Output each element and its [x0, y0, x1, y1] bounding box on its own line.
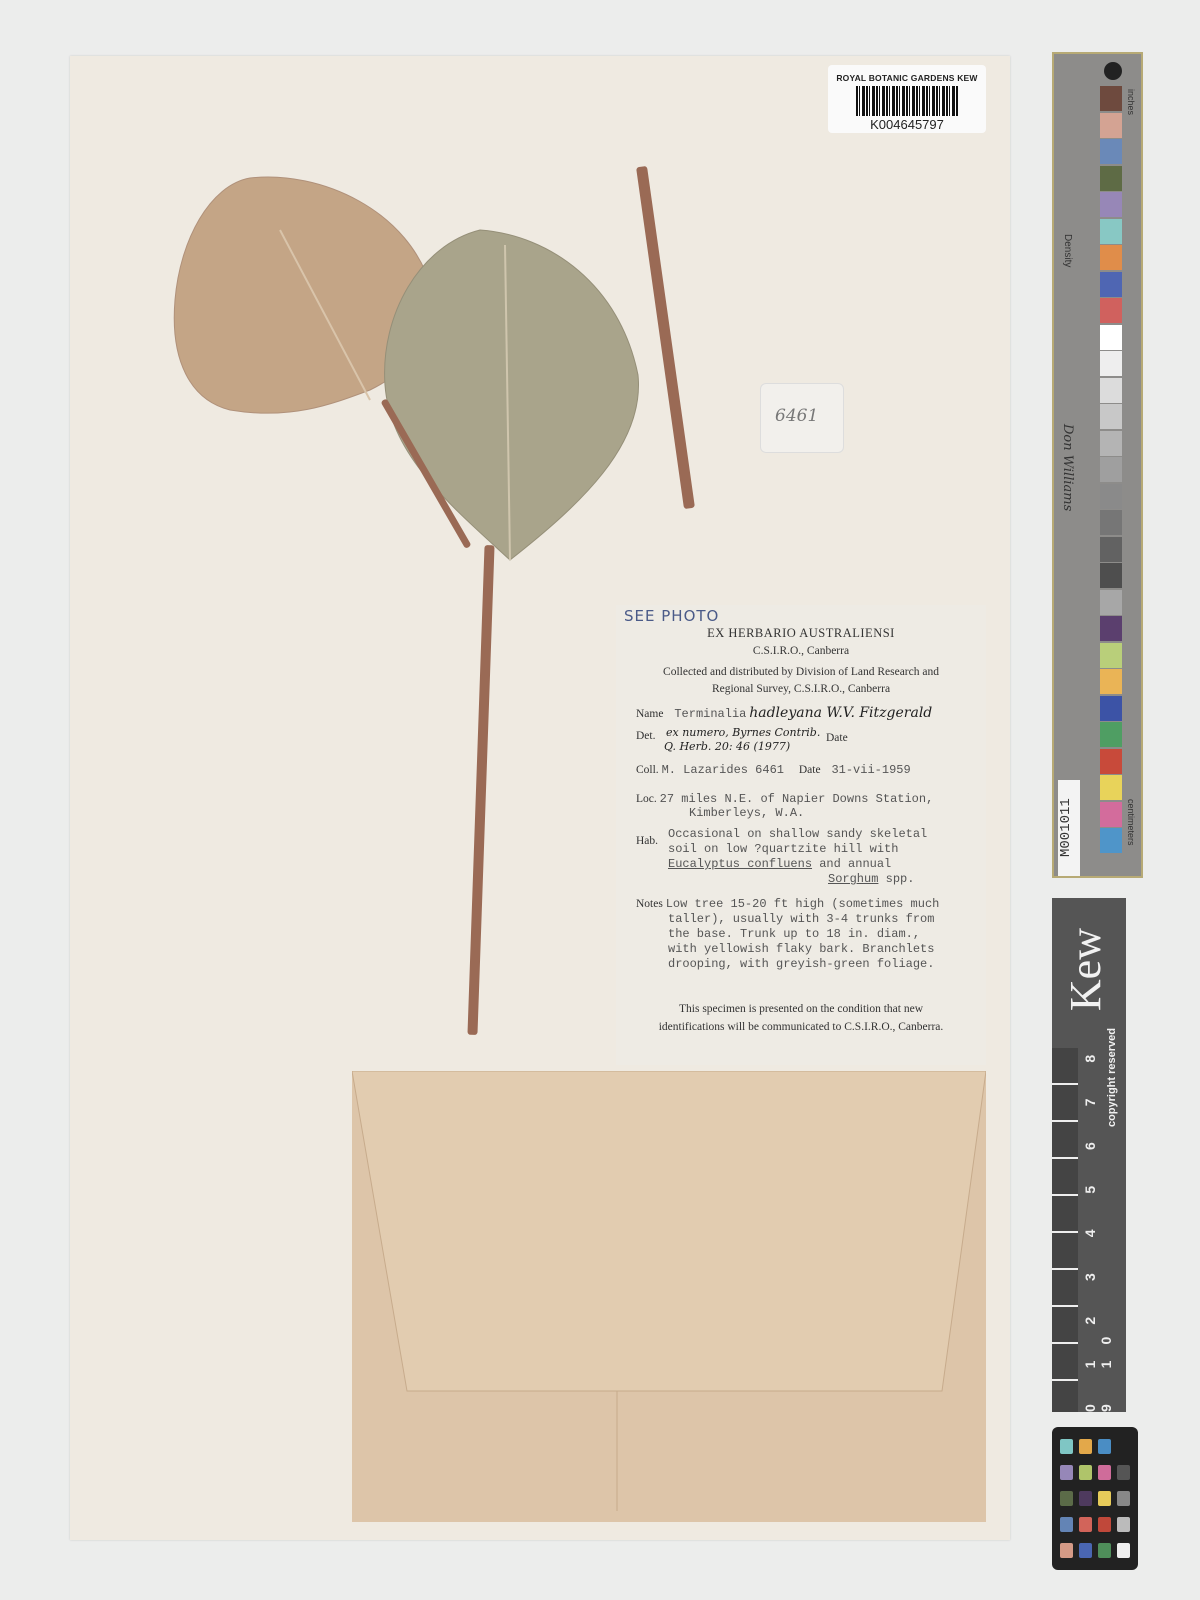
see-photo-annotation: SEE PHOTO [624, 607, 719, 625]
color-swatch [1100, 298, 1122, 323]
color-checker [1052, 1427, 1138, 1570]
hab-label: Hab. [636, 835, 658, 847]
color-swatch [1100, 325, 1122, 350]
color-swatch [1100, 749, 1122, 774]
fragment-packet[interactable] [352, 1071, 986, 1522]
footer-line-1: This specimen is presented on the condit… [616, 1000, 986, 1018]
inches-label: inches [1126, 89, 1136, 115]
locality-line-2: Kimberleys, W.A. [689, 806, 933, 820]
color-chip [1079, 1439, 1092, 1454]
color-swatch [1100, 404, 1122, 429]
color-chip [1098, 1439, 1111, 1454]
det-handwritten-2: Q. Herb. 20: 46 (1977) [664, 740, 824, 753]
color-swatch [1100, 828, 1122, 853]
color-chip [1079, 1543, 1092, 1558]
color-swatch [1100, 537, 1122, 562]
cm-ruler [1052, 1048, 1078, 1412]
coll-label: Coll. [636, 764, 659, 776]
notes-line-4: with yellowish flaky bark. Branchlets [668, 942, 939, 957]
color-chip [1060, 1517, 1073, 1532]
specimen-tag-number: 6461 [775, 406, 818, 426]
loc-row: Loc. 27 miles N.E. of Napier Downs Stati… [636, 792, 933, 820]
color-swatch [1100, 378, 1122, 403]
color-swatch [1100, 722, 1122, 747]
det-date-label: Date [826, 732, 848, 744]
scale-brand: Don Williams [1060, 424, 1075, 511]
color-swatch [1100, 802, 1122, 827]
label-heading: EX HERBARIO AUSTRALIENSI [616, 626, 986, 641]
color-swatch [1100, 457, 1122, 482]
label-footer: This specimen is presented on the condit… [616, 1000, 986, 1036]
color-swatch [1100, 696, 1122, 721]
color-chip [1079, 1465, 1092, 1480]
coll-row: Coll. M. Lazarides 6461 Date 31-vii-1959 [636, 763, 911, 777]
color-chip [1098, 1491, 1111, 1506]
distribution-line-2: Regional Survey, C.S.I.R.O., Canberra [616, 681, 986, 698]
density-label: Density [1062, 234, 1073, 267]
color-chip [1117, 1465, 1130, 1480]
color-swatch [1100, 139, 1122, 164]
color-swatch [1100, 113, 1122, 138]
coll-date: 31-vii-1959 [831, 763, 910, 777]
barcode-label: ROYAL BOTANIC GARDENS KEW K004645797 [828, 65, 986, 133]
color-chip [1060, 1439, 1073, 1454]
habitat-species-1: Eucalyptus confluens [668, 857, 812, 871]
name-typed: Terminalia [674, 707, 746, 721]
scale-hole-icon [1104, 62, 1122, 80]
color-chip [1117, 1517, 1130, 1532]
name-row: Name Terminalia hadleyana W.V. Fitzgeral… [636, 705, 932, 721]
color-swatch [1100, 669, 1122, 694]
barcode-number: K004645797 [828, 117, 986, 132]
notes-row: Notes Low tree 15-20 ft high (sometimes … [636, 897, 939, 972]
notes-line-2: taller), usually with 3-4 trunks from [668, 912, 939, 927]
color-swatch [1100, 192, 1122, 217]
color-swatch [1100, 563, 1122, 588]
habitat-line-2: soil on low ?quartzite hill with [668, 842, 988, 857]
hab-row: Hab. Occasional on shallow sandy skeleta… [636, 827, 988, 887]
distribution-line-1: Collected and distributed by Division of… [616, 664, 986, 681]
notes-label: Notes [636, 898, 663, 910]
color-chip [1098, 1543, 1111, 1558]
color-swatch [1100, 484, 1122, 509]
color-scale-bar: inches centimeters Don Williams Density [1052, 52, 1143, 878]
det-label: Det. [636, 730, 655, 742]
specimen-tag: 6461 [760, 383, 844, 453]
centimeters-label: centimeters [1126, 799, 1136, 846]
color-chip [1060, 1491, 1073, 1506]
color-chip [1117, 1543, 1130, 1558]
color-chip [1117, 1439, 1130, 1454]
color-chip [1060, 1543, 1073, 1558]
locality-line-1: 27 miles N.E. of Napier Downs Station, [660, 792, 934, 806]
color-swatch [1100, 616, 1122, 641]
color-swatch [1100, 510, 1122, 535]
habitat-text: Occasional on shallow sandy skeletal soi… [668, 827, 988, 887]
scale-code: M001011 [1058, 780, 1080, 876]
det-row: Det. ex numero, Byrnes Contrib. Q. Herb.… [636, 730, 655, 742]
label-institution: C.S.I.R.O., Canberra [616, 645, 986, 657]
color-chip [1098, 1465, 1111, 1480]
coll-date-label: Date [799, 764, 821, 776]
notes-line-1: Low tree 15-20 ft high (sometimes much [666, 897, 940, 911]
color-swatch [1100, 643, 1122, 668]
color-chip [1098, 1517, 1111, 1532]
barcode-organization: ROYAL BOTANIC GARDENS KEW [828, 73, 986, 83]
kew-logo: Kew [1060, 928, 1111, 1011]
color-chip [1079, 1491, 1092, 1506]
notes-line-5: drooping, with greyish-green foliage. [668, 957, 939, 972]
habitat-line-3: and annual [812, 857, 891, 871]
color-swatch [1100, 351, 1122, 376]
collector: M. Lazarides 6461 [662, 763, 784, 777]
notes-line-3: the base. Trunk up to 18 in. diam., [668, 927, 939, 942]
leaf-right-icon [380, 225, 645, 570]
color-swatch [1100, 431, 1122, 456]
habitat-species-2: Sorghum [828, 872, 878, 886]
habitat-line-4: spp. [878, 872, 914, 886]
herbarium-label: SEE PHOTO EX HERBARIO AUSTRALIENSI C.S.I… [616, 605, 986, 1065]
envelope-flap-icon [352, 1071, 986, 1522]
name-label: Name [636, 708, 663, 720]
color-swatch [1100, 245, 1122, 270]
color-swatch [1100, 166, 1122, 191]
habitat-line-1: Occasional on shallow sandy skeletal [668, 827, 988, 842]
color-swatch [1100, 775, 1122, 800]
color-swatch [1100, 590, 1122, 615]
color-swatch [1100, 272, 1122, 297]
label-distribution: Collected and distributed by Division of… [616, 664, 986, 698]
color-swatch [1100, 219, 1122, 244]
color-swatch [1100, 86, 1122, 111]
color-chip [1079, 1517, 1092, 1532]
name-handwritten: hadleyana W.V. Fitzgerald [749, 705, 932, 721]
barcode-icon [856, 86, 958, 116]
color-chip [1060, 1465, 1073, 1480]
color-chip [1117, 1491, 1130, 1506]
det-handwritten-1: ex numero, Byrnes Contrib. [666, 726, 826, 739]
footer-line-2: identifications will be communicated to … [616, 1018, 986, 1036]
loc-label: Loc. [636, 793, 657, 805]
cm-numbers: 0 1 2 3 4 5 6 7 8 9 10 [1082, 1030, 1114, 1412]
kew-scale-bar: Kew copyright reserved 0 1 2 3 4 5 6 7 8… [1052, 898, 1126, 1412]
